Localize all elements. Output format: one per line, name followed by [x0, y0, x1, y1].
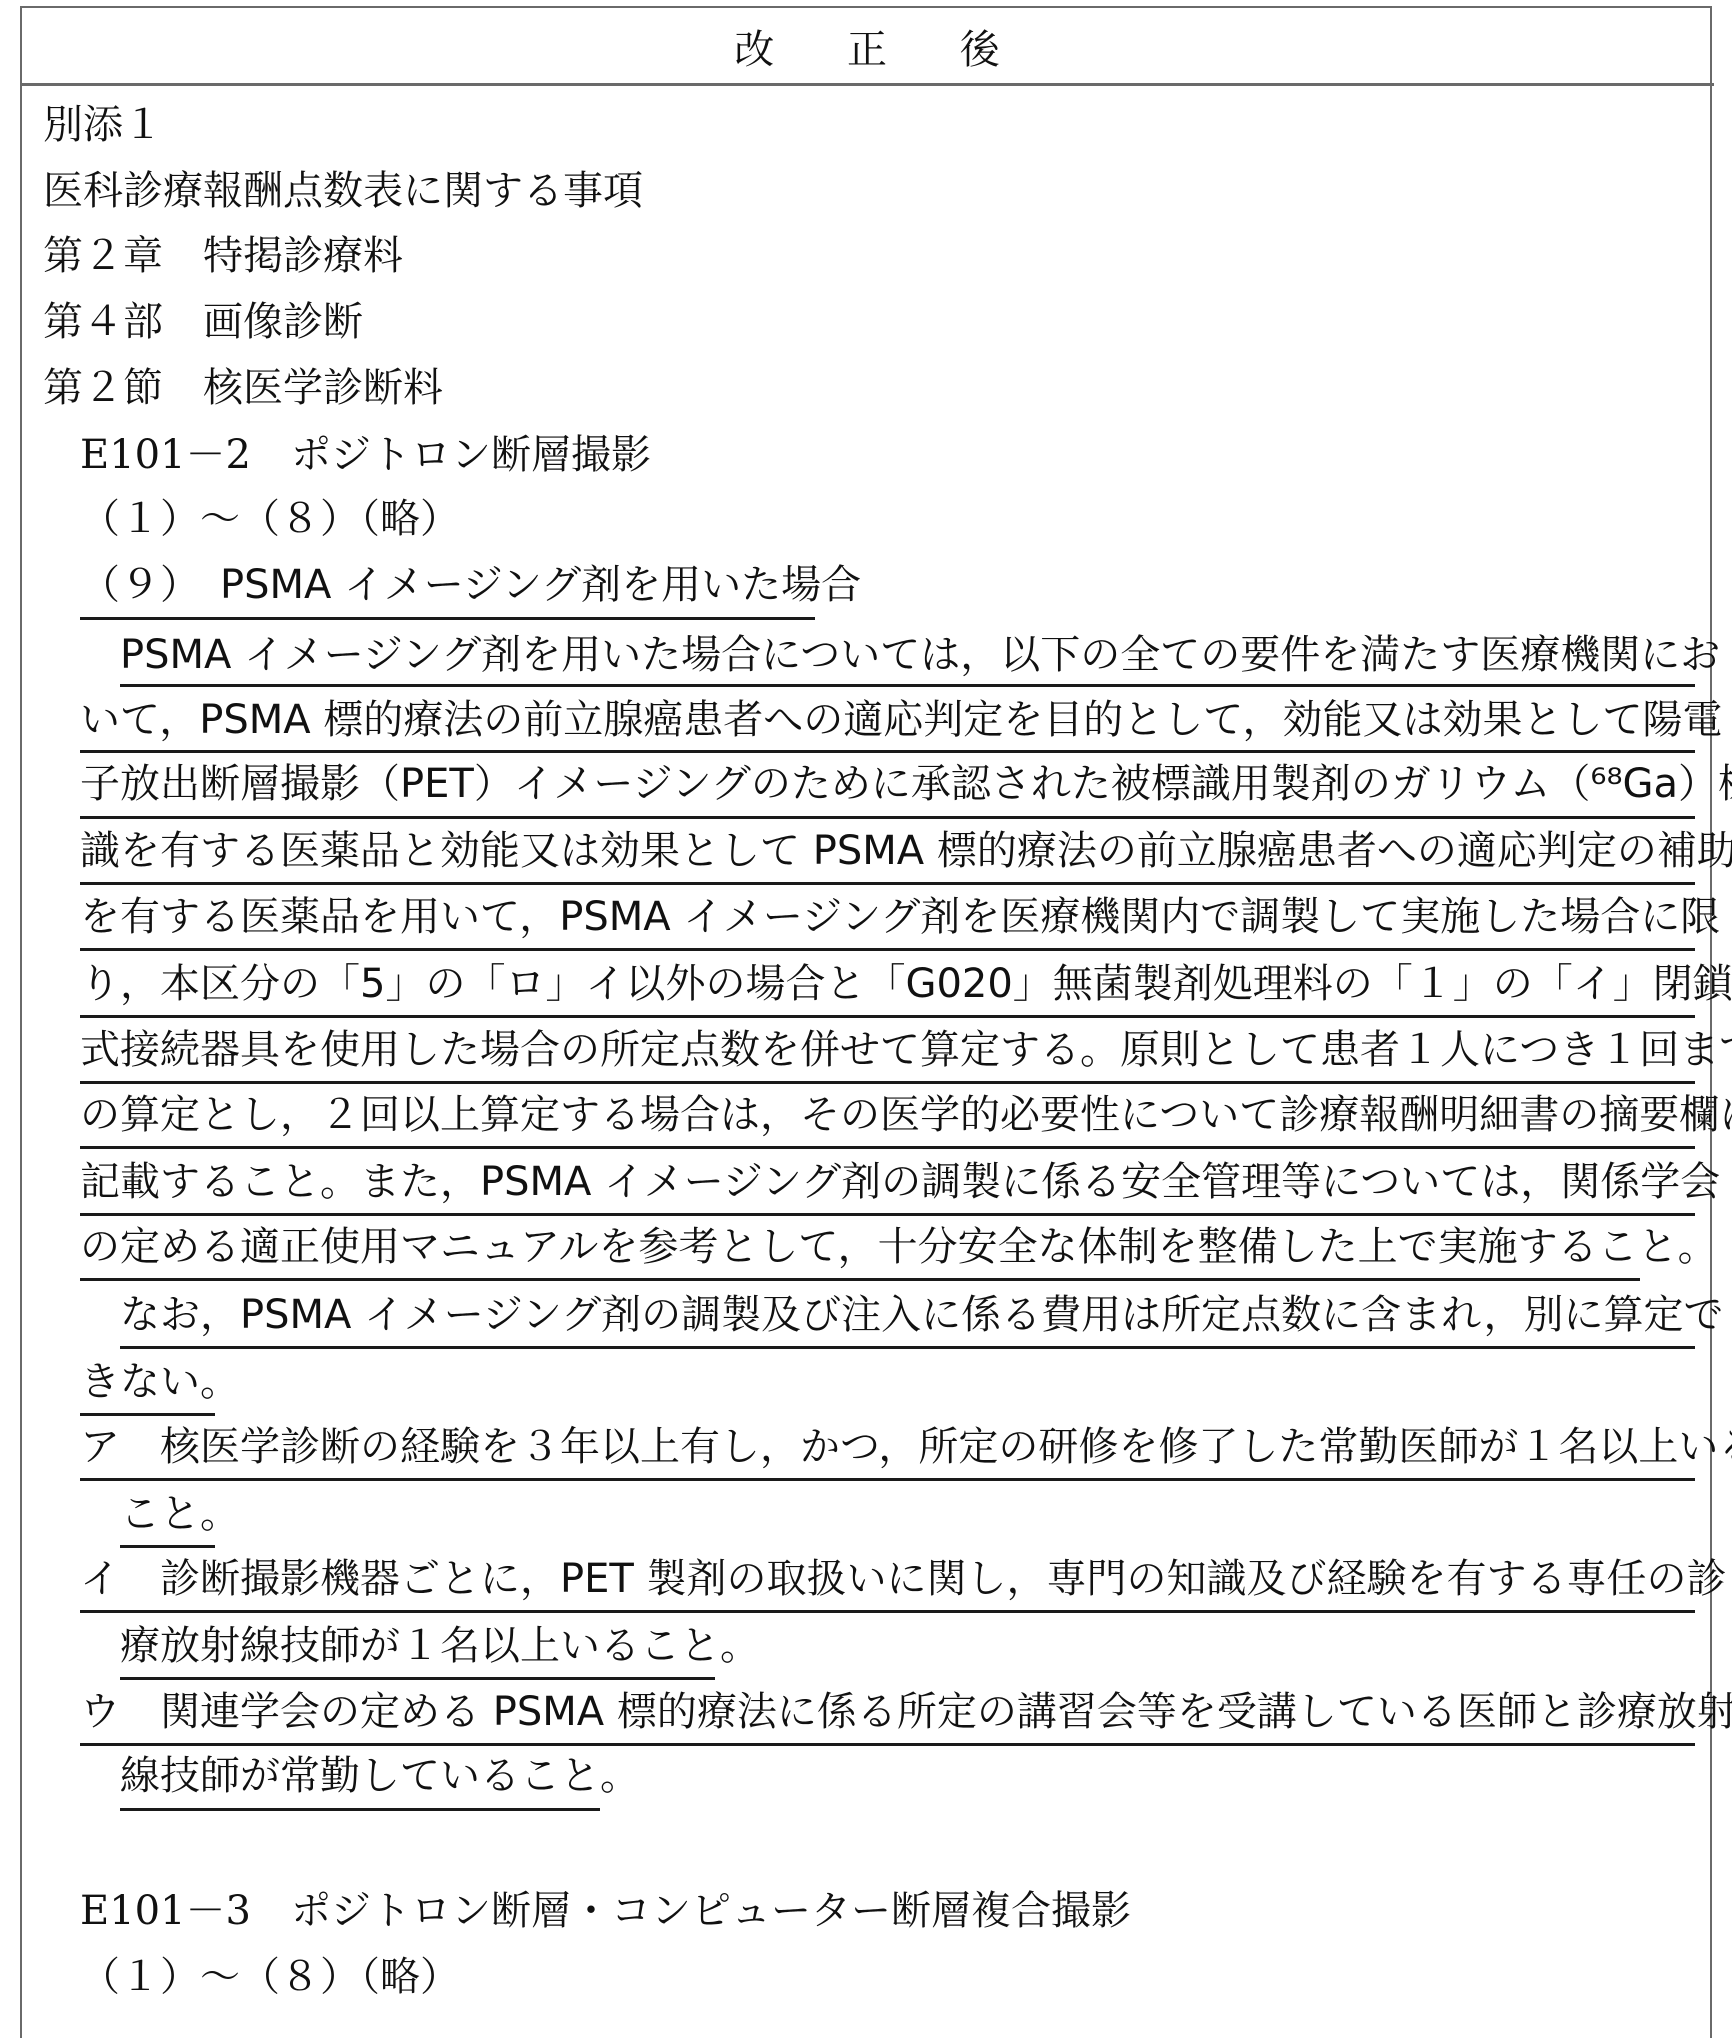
chapter-heading: 第２章 特掲診療料	[43, 223, 403, 289]
underline	[80, 617, 815, 620]
paragraph-1-line-8: の算定とし，２回以上算定する場合は，その医学的必要性について診療報酬明細書の摘要…	[80, 1082, 1695, 1148]
paragraph-1-line-7: 式接続器具を使用した場合の所定点数を併せて算定する。原則として患者１人につき１回…	[80, 1017, 1695, 1083]
item-e101-3-title: E101－3 ポジトロン断層・コンピューター断層複合撮影	[80, 1878, 1131, 1944]
annex-label: 別添１	[43, 92, 163, 158]
paragraph-1-line-6: り，本区分の「5」の「ロ」イ以外の場合と「G020」無菌製剤処理料の「１」の「イ…	[80, 951, 1695, 1017]
paragraph-2-line-2: きない。	[80, 1349, 215, 1415]
paragraph-1-line-4: 識を有する医薬品と効能又は効果として PSMA 標的療法の前立腺癌患者への適応判…	[80, 818, 1695, 884]
item-e101-2-title: E101－2 ポジトロン断層撮影	[80, 422, 651, 488]
paragraph-2-line-1: なお，PSMA イメージング剤の調製及び注入に係る費用は所定点数に含まれ，別に算…	[120, 1282, 1695, 1348]
paragraph-1-line-1: PSMA イメージング剤を用いた場合については，以下の全ての要件を満たす医療機関…	[120, 622, 1695, 688]
subject-heading: 医科診療報酬点数表に関する事項	[43, 158, 643, 224]
requirement-u-line-1: ウ 関連学会の定める PSMA 標的療法に係る所定の講習会等を受講している医師と…	[80, 1679, 1695, 1745]
item-e101-3-omitted: （１）～（８）（略）	[80, 1944, 460, 2010]
requirement-i-line-2: 療放射線技師が１名以上いること。	[120, 1613, 715, 1679]
underline	[120, 1346, 1695, 1349]
requirement-u-line-2: 線技師が常勤していること。	[120, 1743, 600, 1809]
requirement-a-line-1: ア 核医学診断の経験を３年以上有し，かつ，所定の研修を修了した常勤医師が１名以上…	[80, 1414, 1695, 1480]
column-title: 改 正 後	[20, 8, 1714, 84]
underline	[80, 1478, 1695, 1481]
paragraph-1-line-5: を有する医薬品を用いて，PSMA イメージング剤を医療機関内で調製して実施した場…	[80, 884, 1695, 950]
item-e101-2-omitted: （１）～（８）（略）	[80, 486, 460, 552]
paragraph-1-line-9: 記載すること。また，PSMA イメージング剤の調製に係る安全管理等については，関…	[80, 1149, 1695, 1215]
header-divider	[20, 83, 1714, 86]
part-heading: 第４部 画像診断	[43, 289, 363, 355]
paragraph-1-line-2: いて，PSMA 標的療法の前立腺癌患者への適応判定を目的として，効能又は効果とし…	[80, 687, 1695, 753]
underline	[120, 1808, 600, 1811]
paragraph-1-line-10: の定める適正使用マニュアルを参考として，十分安全な体制を整備した上で実施すること…	[80, 1214, 1640, 1280]
requirement-a-line-2: こと。	[120, 1481, 215, 1547]
requirement-i-line-1: イ 診断撮影機器ごとに，PET 製剤の取扱いに関し，専門の知識及び経験を有する専…	[80, 1546, 1695, 1612]
section-heading: 第２節 核医学診断料	[43, 355, 443, 421]
paragraph-1-line-3: 子放出断層撮影（PET）イメージングのために承認された被標識用製剤のガリウム（⁶…	[80, 751, 1695, 817]
subsection-9-title: （９） PSMA イメージング剤を用いた場合	[80, 552, 815, 618]
underline	[80, 1278, 1640, 1281]
